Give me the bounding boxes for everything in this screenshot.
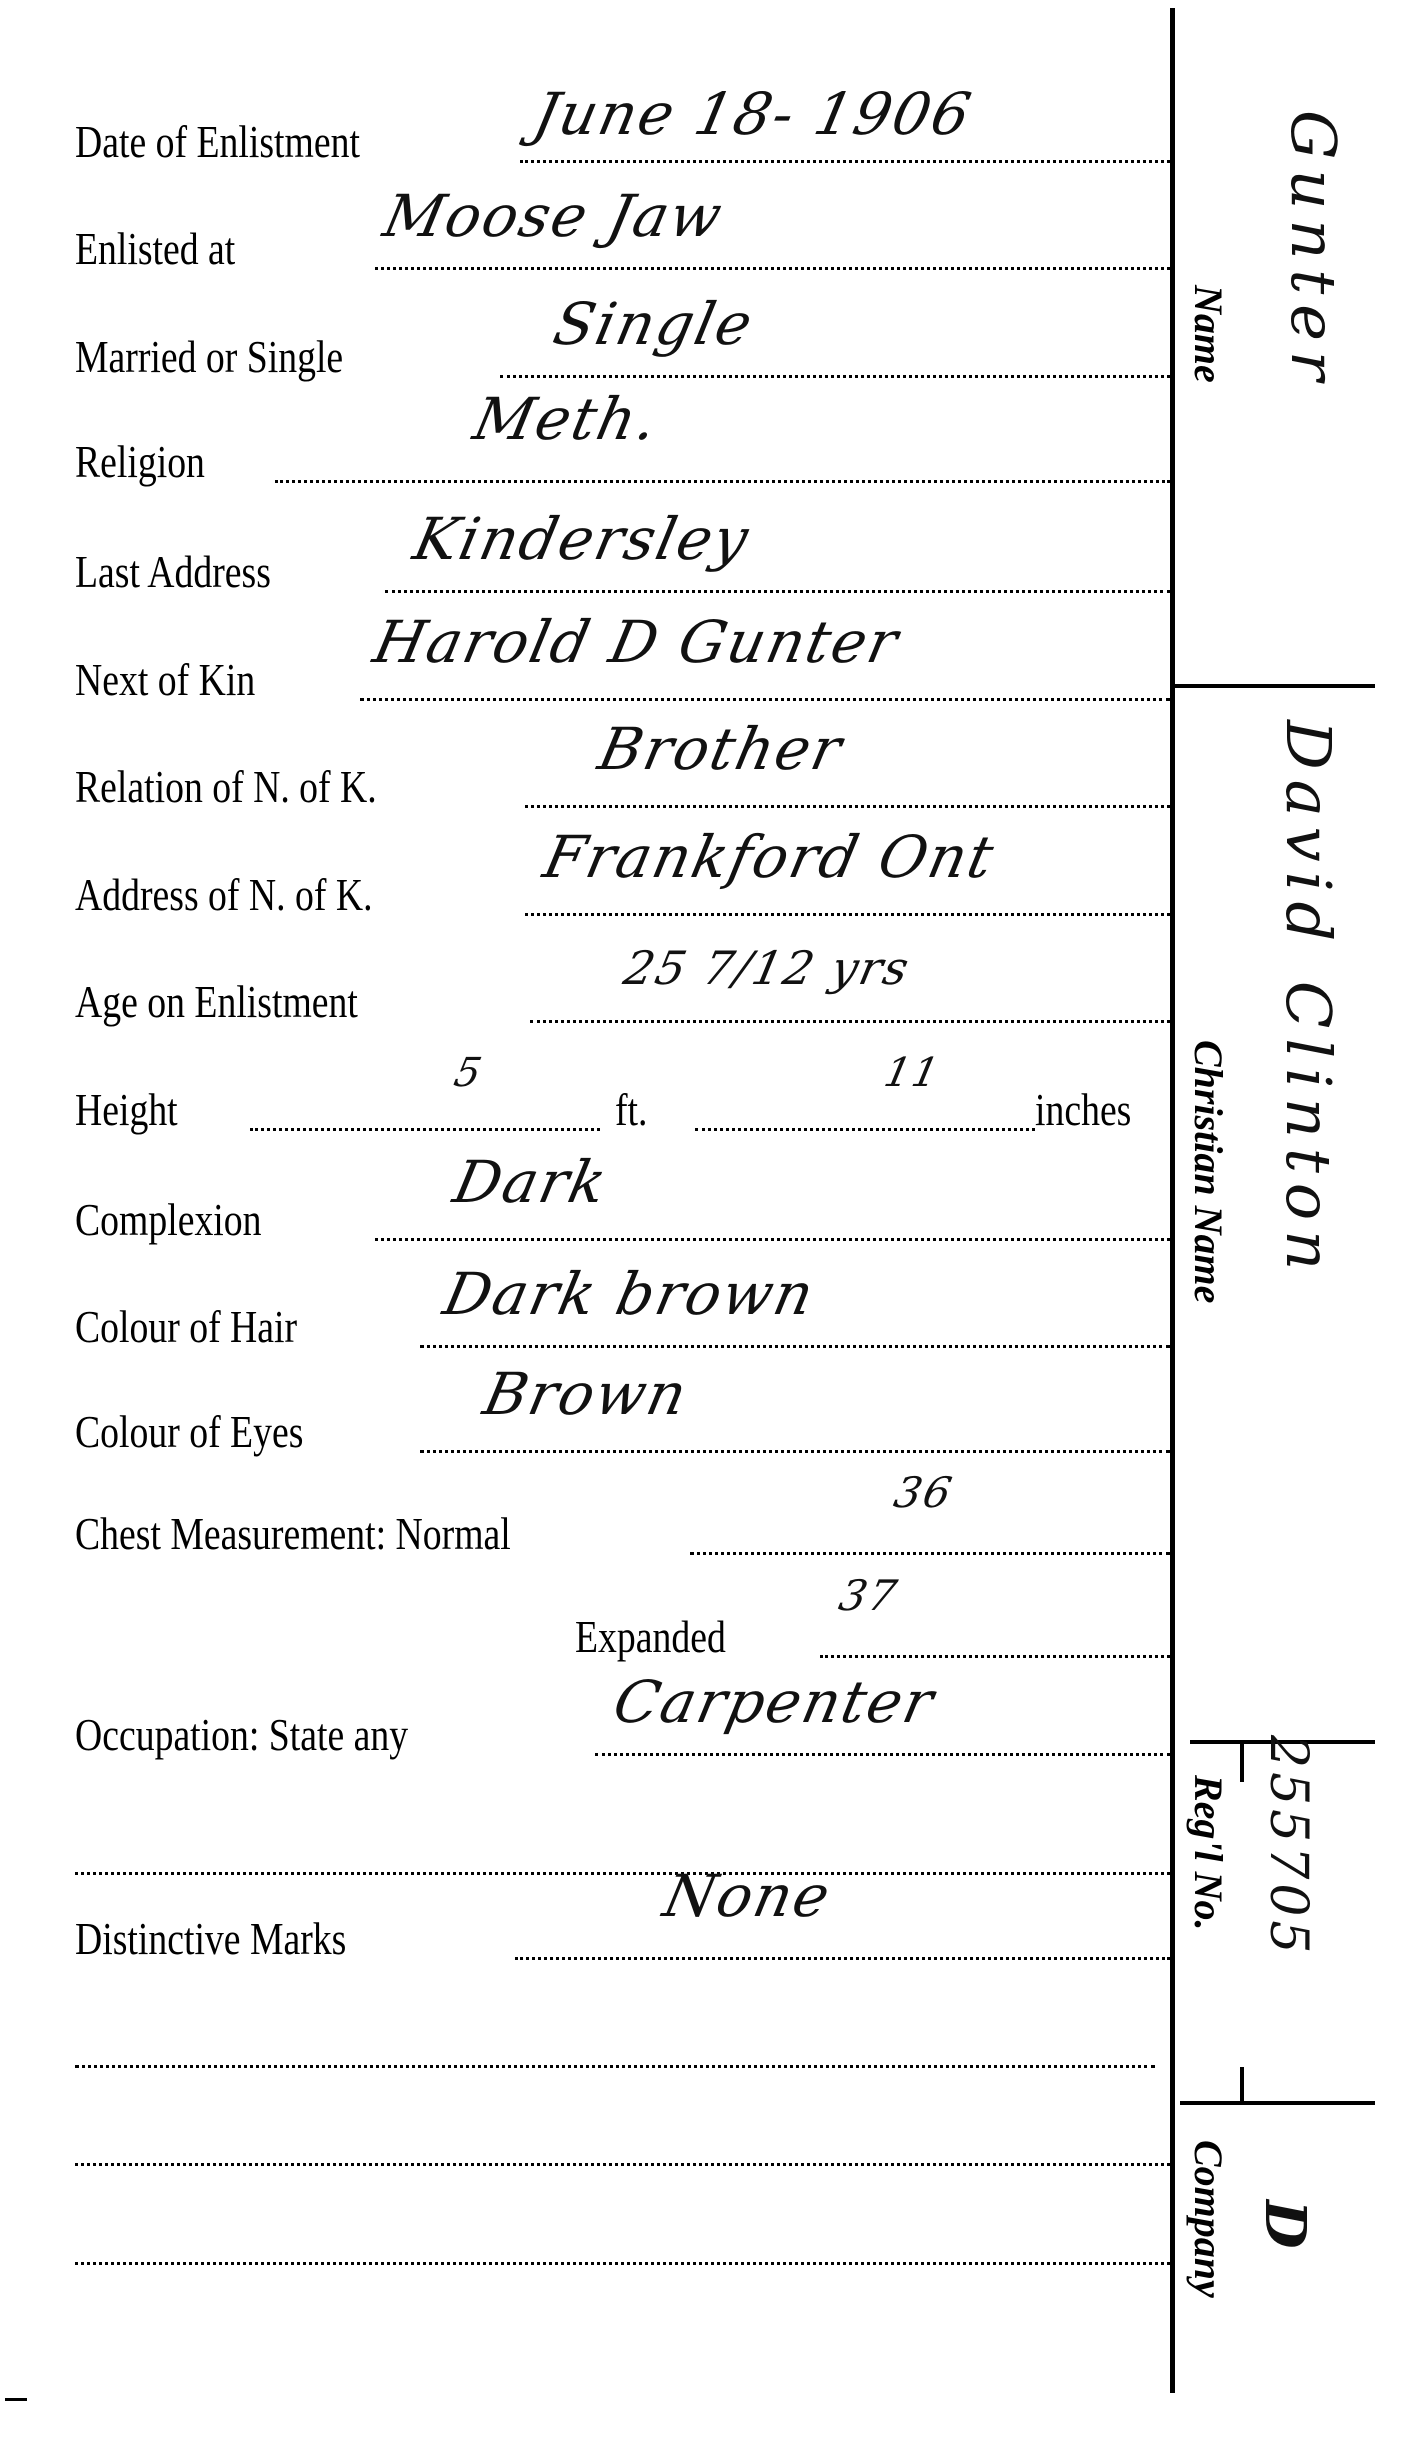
field-label: Religion [75, 439, 205, 485]
field-value[interactable]: 36 [891, 1472, 957, 1514]
dotted-line [360, 698, 1170, 701]
field-label: Last Address [75, 549, 271, 595]
field-age-on-enlistment: Age on Enlistment 25 7/12 yrs [75, 965, 1170, 1025]
dotted-line [275, 480, 1170, 483]
christian-name-label: Christian Name [1185, 1040, 1232, 1303]
margin-mark [5, 2398, 27, 2401]
field-occupation-continued [75, 1817, 1170, 1877]
field-label: Enlisted at [75, 226, 235, 272]
field-label: Height [75, 1087, 178, 1133]
field-value[interactable]: June 18- 1906 [529, 85, 978, 143]
field-label: Married or Single [75, 334, 343, 380]
field-label: Distinctive Marks [75, 1916, 346, 1962]
field-distinctive-marks-line-4 [75, 2207, 1170, 2267]
field-value[interactable]: Harold D Gunter [369, 613, 905, 671]
inches-label: inches [1035, 1087, 1131, 1133]
dotted-line[interactable] [75, 1872, 1170, 1875]
dotted-line [420, 1450, 1170, 1453]
field-label: Chest Measurement: Normal [75, 1511, 511, 1557]
field-complexion: Complexion Dark [75, 1183, 1170, 1243]
height-inches-value[interactable]: 11 [881, 1053, 944, 1093]
regl-company-tick-2 [1240, 2067, 1244, 2103]
height-feet-value[interactable]: 5 [451, 1053, 487, 1093]
dotted-line [385, 590, 1170, 593]
field-chest-expanded: Expanded 37 [575, 1600, 1170, 1660]
name-value[interactable]: Gunter [1277, 110, 1350, 391]
regl-no-label: Reg'l No. [1185, 1775, 1232, 1931]
dotted-line [420, 1345, 1170, 1348]
dotted-line [595, 1753, 1170, 1756]
regl-company-tick [1240, 1742, 1244, 1782]
name-label: Name [1185, 285, 1232, 383]
dotted-line [375, 1238, 1170, 1241]
field-value[interactable]: Carpenter [609, 1673, 940, 1731]
field-colour-of-hair: Colour of Hair Dark brown [75, 1290, 1170, 1350]
christian-name-value[interactable]: David Clinton [1272, 720, 1345, 1280]
field-last-address: Last Address Kindersley [75, 535, 1170, 595]
field-label: Colour of Hair [75, 1304, 297, 1350]
regl-no-value[interactable]: 255705 [1258, 1735, 1318, 1958]
field-label: Age on Enlistment [75, 979, 358, 1025]
section-divider-name [1175, 684, 1375, 688]
dotted-line[interactable] [75, 2065, 1155, 2068]
field-label: Colour of Eyes [75, 1409, 303, 1455]
field-occupation: Occupation: State any Carpenter [75, 1698, 1170, 1758]
ft-label: ft. [615, 1087, 647, 1133]
field-distinctive-marks-line-2 [75, 2010, 1155, 2070]
field-value[interactable]: Brown [479, 1365, 694, 1423]
dotted-line [500, 375, 1170, 378]
field-enlisted-at: Enlisted at Moose Jaw [75, 212, 1170, 272]
field-label: Expanded [575, 1614, 726, 1660]
field-value[interactable]: Brother [594, 720, 848, 778]
dotted-line[interactable] [75, 2163, 1170, 2166]
field-married-or-single: Married or Single Single [75, 320, 1170, 380]
field-colour-of-eyes: Colour of Eyes Brown [75, 1395, 1170, 1455]
field-value[interactable]: 37 [836, 1575, 902, 1617]
dotted-line [520, 160, 1170, 163]
field-value[interactable]: Frankford Ont [539, 828, 1000, 886]
dotted-line [525, 805, 1170, 808]
field-value[interactable]: Moose Jaw [379, 187, 729, 245]
company-value[interactable]: D [1252, 2200, 1318, 2259]
dotted-line [530, 1020, 1170, 1023]
column-divider [1170, 8, 1175, 2393]
field-relation-of-nok: Relation of N. of K. Brother [75, 750, 1170, 810]
dotted-line [375, 267, 1170, 270]
dotted-line [695, 1128, 1035, 1131]
field-label: Date of Enlistment [75, 119, 360, 165]
field-address-of-nok: Address of N. of K. Frankford Ont [75, 858, 1170, 918]
field-religion: Religion Meth. [75, 425, 1170, 485]
field-height: Height 5 ft. 11 inches [75, 1073, 1170, 1133]
field-distinctive-marks-line-3 [75, 2108, 1170, 2168]
field-chest-normal: Chest Measurement: Normal 36 [75, 1497, 1170, 1557]
field-label: Occupation: State any [75, 1712, 408, 1758]
field-value[interactable]: Dark [449, 1153, 613, 1211]
dotted-line [820, 1655, 1170, 1658]
field-value[interactable]: Meth. [469, 390, 664, 448]
dotted-line[interactable] [75, 2262, 1170, 2265]
field-label: Relation of N. of K. [75, 764, 377, 810]
field-value[interactable]: None [659, 1867, 837, 1925]
dotted-line [690, 1552, 1170, 1555]
field-date-of-enlistment: Date of Enlistment June 18- 1906 [75, 105, 1170, 165]
field-distinctive-marks: Distinctive Marks None [75, 1902, 1170, 1962]
dotted-line [515, 1957, 1170, 1960]
dotted-line [250, 1128, 600, 1131]
field-value[interactable]: Kindersley [409, 510, 755, 568]
field-value[interactable]: Dark brown [439, 1265, 821, 1323]
field-next-of-kin: Next of Kin Harold D Gunter [75, 643, 1170, 703]
field-value[interactable]: Single [549, 295, 759, 353]
company-label: Company [1185, 2140, 1232, 2298]
section-divider-regl [1180, 2101, 1375, 2105]
field-label: Address of N. of K. [75, 872, 373, 918]
field-value[interactable]: 25 7/12 yrs [620, 945, 914, 991]
field-label: Next of Kin [75, 657, 255, 703]
dotted-line [525, 913, 1170, 916]
field-label: Complexion [75, 1197, 262, 1243]
